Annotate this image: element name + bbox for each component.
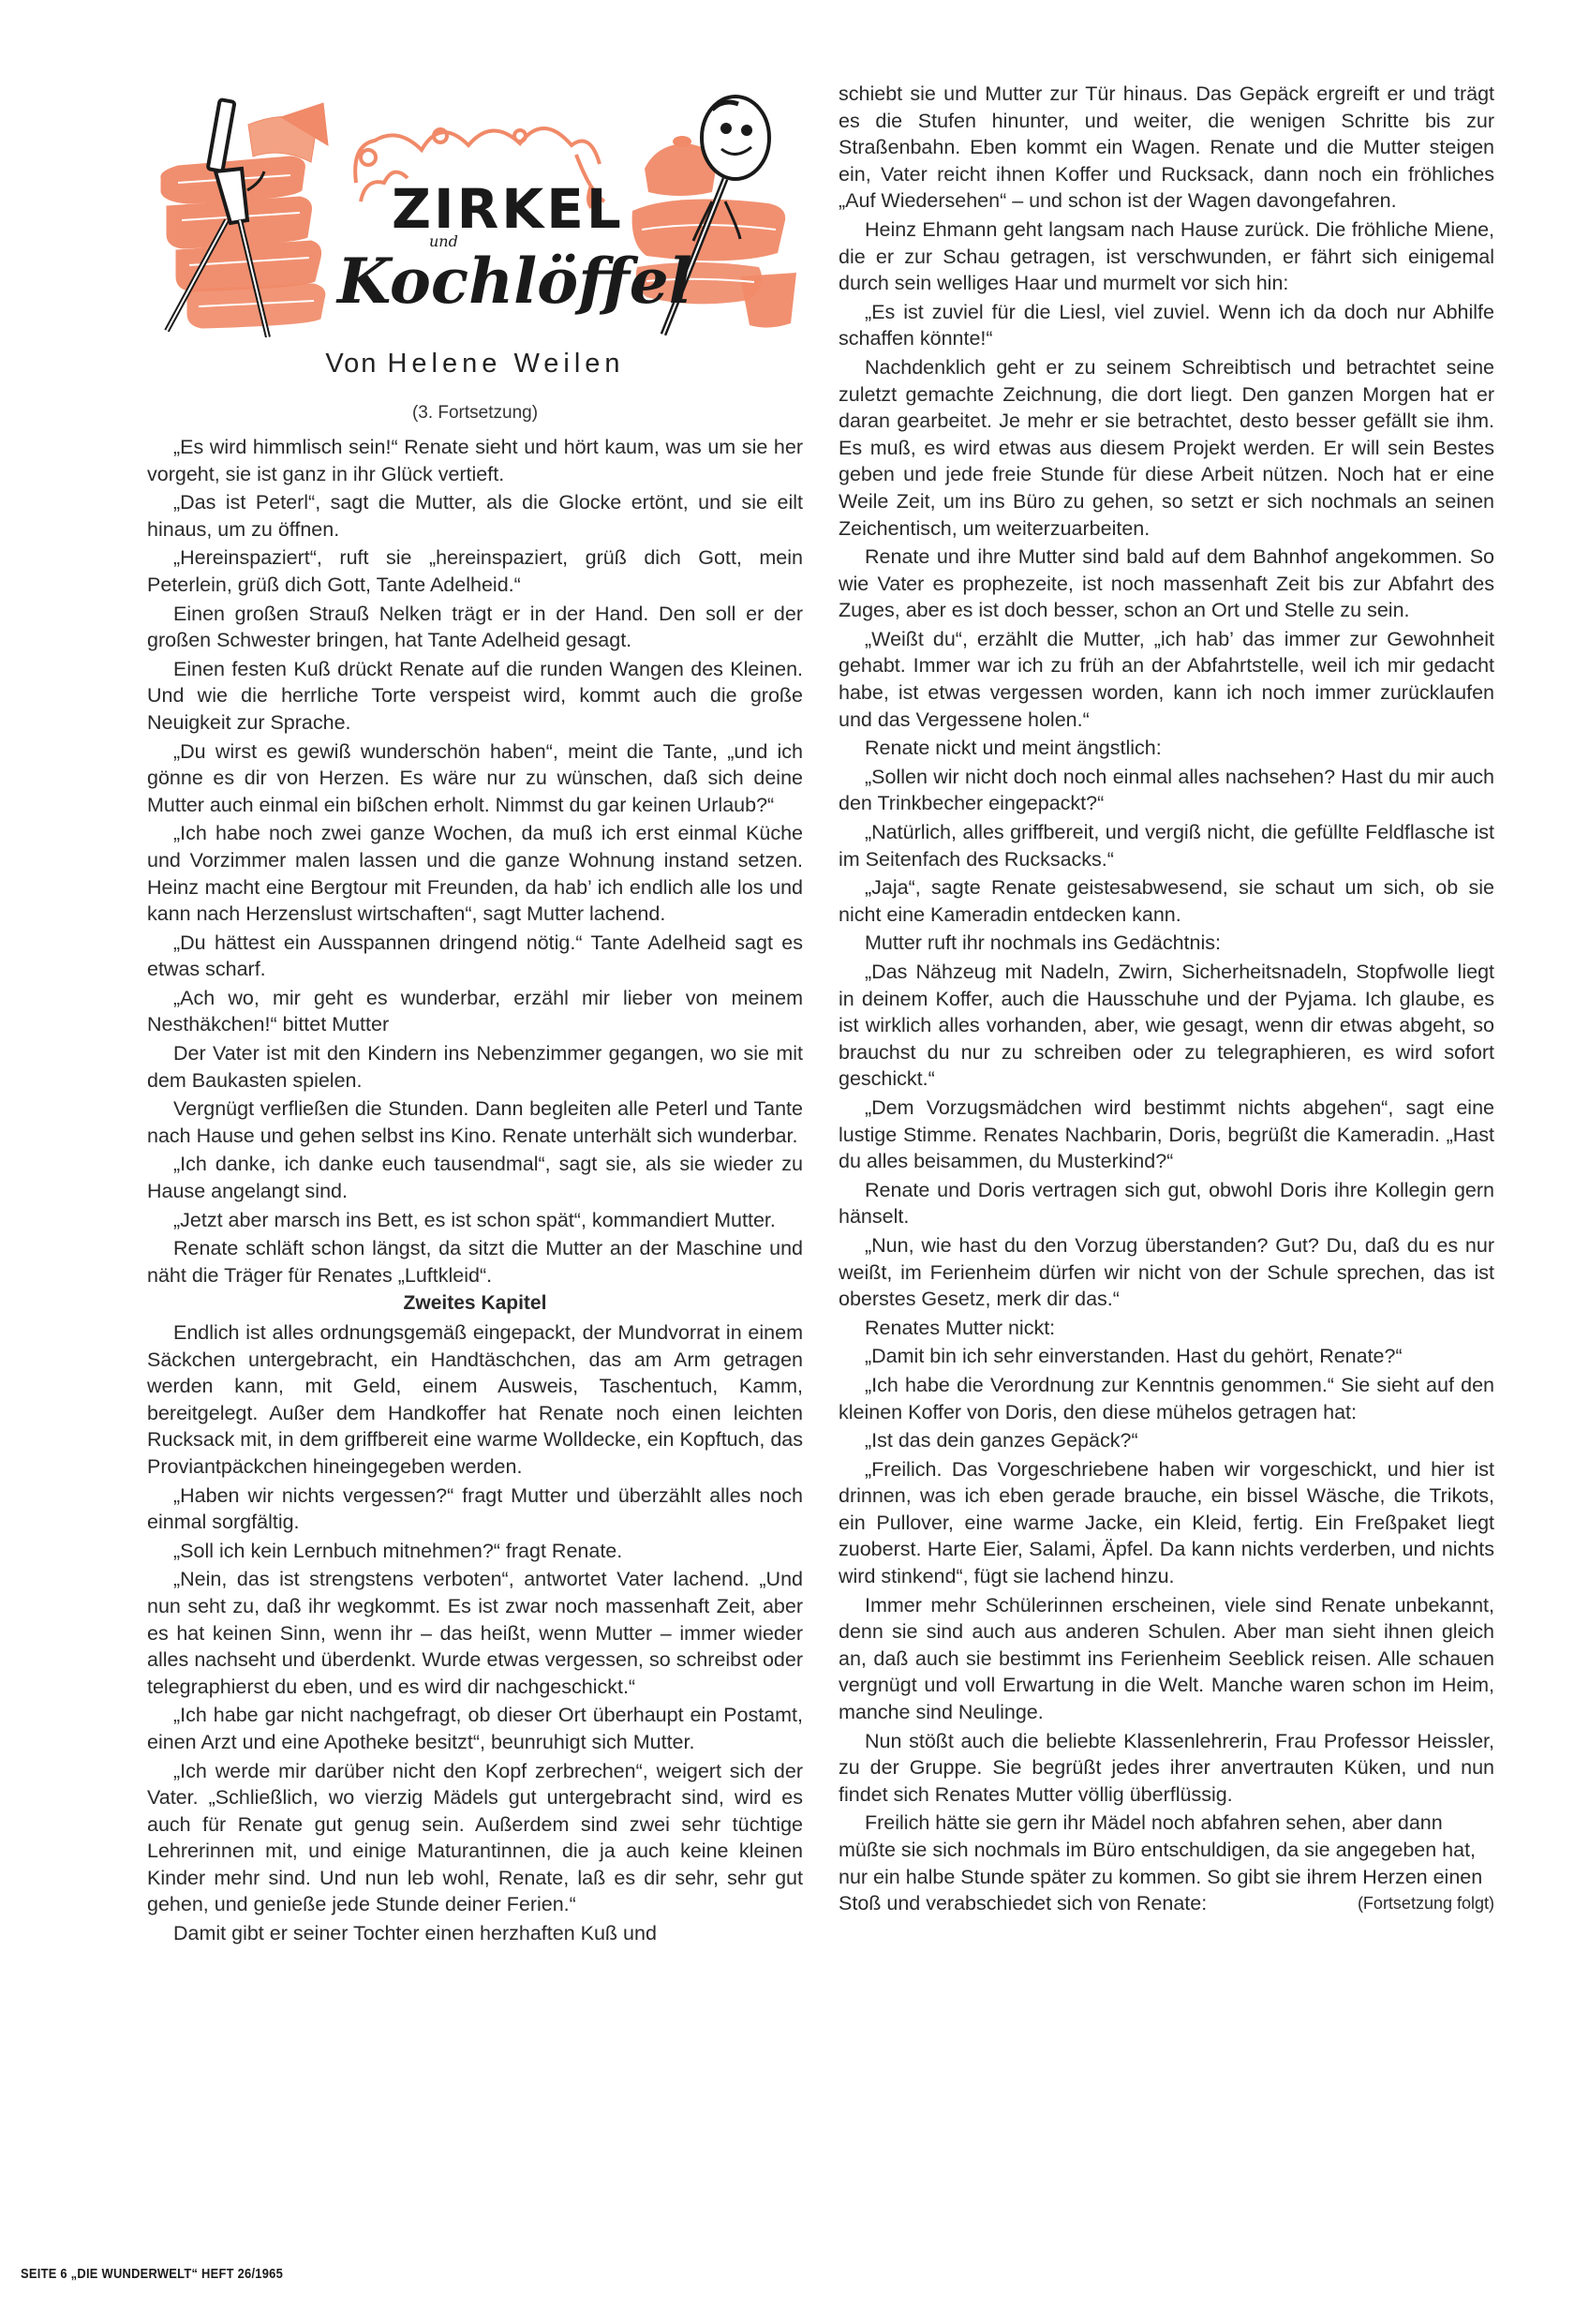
paragraph: „Soll ich kein Lernbuch mitnehmen?“ frag…	[147, 1538, 803, 1565]
instalment-label: (3. Fortsetzung)	[147, 403, 803, 424]
paragraph: „Ich habe noch zwei ganze Wochen, da muß…	[147, 820, 803, 927]
paragraph-continued: schiebt sie und Mutter zur Tür hinaus. D…	[839, 81, 1494, 215]
paragraph: „Haben wir nichts vergessen?“ fragt Mutt…	[147, 1482, 803, 1536]
paragraph: Damit gibt er seiner Tochter einen herzh…	[147, 1920, 803, 1947]
paragraph: Mutter ruft ihr nochmals ins Gedächtnis:	[839, 930, 1494, 957]
paragraph: Immer mehr Schülerinnen erscheinen, viel…	[839, 1592, 1494, 1726]
paragraph-last: Freilich hätte sie gern ihr Mädel noch a…	[839, 1810, 1494, 1916]
paragraph: „Nun, wie hast du den Vorzug überstanden…	[839, 1232, 1494, 1313]
paragraph: „Hereinspaziert“, ruft sie „hereinspazie…	[147, 544, 803, 598]
paragraph: „Du wirst es gewiß wunderschön haben“, m…	[147, 738, 803, 819]
paragraph: „Es wird himmlisch sein!“ Renate sieht u…	[147, 434, 803, 487]
byline-prefix: Von	[325, 349, 378, 379]
paragraph: „Jetzt aber marsch ins Bett, es ist scho…	[147, 1207, 803, 1234]
paragraph: Heinz Ehmann geht langsam nach Hause zur…	[839, 216, 1494, 297]
paragraph: Renate und Doris vertragen sich gut, obw…	[839, 1177, 1494, 1230]
paragraph: „Ist das dein ganzes Gepäck?“	[839, 1427, 1494, 1454]
continued-note: (Fortsetzung folgt)	[1331, 1890, 1494, 1917]
paragraph: „Du hättest ein Ausspannen dringend nöti…	[147, 930, 803, 983]
paragraph: „Damit bin ich sehr einverstanden. Hast …	[839, 1343, 1494, 1370]
chapter-heading: Zweites Kapitel	[147, 1290, 803, 1318]
paragraph: „Ich danke, ich danke euch tausendmal“, …	[147, 1151, 803, 1204]
paragraph: „Das ist Peterl“, sagt die Mutter, als d…	[147, 489, 803, 543]
paragraph: Renate schläft schon längst, da sitzt di…	[147, 1235, 803, 1289]
paragraph: „Es ist zuviel für die Liesl, viel zuvie…	[839, 299, 1494, 352]
logo-title-zirkel: ZIRKEL	[392, 177, 624, 241]
logo-title-kochloeffel: Kochlöffel	[335, 245, 692, 318]
paragraph: „Weißt du“, erzählt die Mutter, „ich hab…	[839, 626, 1494, 733]
left-text-column: „Es wird himmlisch sein!“ Renate sieht u…	[147, 434, 803, 1947]
paragraph: „Jaja“, sagte Renate geistesabwesend, si…	[839, 874, 1494, 928]
paragraph: „Dem Vorzugsmädchen wird bestimmt nichts…	[839, 1095, 1494, 1175]
paragraph: Einen großen Strauß Nelken trägt er in d…	[147, 601, 803, 654]
paragraph: Renate und ihre Mutter sind bald auf dem…	[839, 544, 1494, 624]
paragraph: Renates Mutter nickt:	[839, 1315, 1494, 1342]
paragraph: Der Vater ist mit den Kindern ins Nebenz…	[147, 1040, 803, 1094]
author-name: Helene Weilen	[387, 349, 624, 379]
paragraph: Einen festen Kuß drückt Renate auf die r…	[147, 656, 803, 737]
paragraph: „Ich habe gar nicht nachgefragt, ob dies…	[147, 1702, 803, 1755]
paragraph: „Das Nähzeug mit Nadeln, Zwirn, Sicherhe…	[839, 959, 1494, 1093]
paragraph: Nachdenklich geht er zu seinem Schreibti…	[839, 354, 1494, 542]
paragraph: „Nein, das ist strengstens verboten“, an…	[147, 1566, 803, 1700]
paragraph: Renate nickt und meint ängstlich:	[839, 735, 1494, 762]
zirkel-und-kochloeffel-logo: ZIRKEL und Kochlöffel	[150, 89, 817, 337]
paragraph: „Natürlich, alles griffbereit, und vergi…	[839, 819, 1494, 872]
author-byline: Von Helene Weilen	[147, 349, 803, 380]
page-footer: SEITE 6 „DIE WUNDERWELT“ HEFT 26/1965	[21, 2266, 283, 2282]
paragraph: „Freilich. Das Vorgeschriebene haben wir…	[839, 1456, 1494, 1590]
paragraph: „Sollen wir nicht doch noch einmal alles…	[839, 764, 1494, 817]
paragraph: Vergnügt verfließen die Stunden. Dann be…	[147, 1095, 803, 1149]
paragraph: Nun stößt auch die beliebte Klassenlehre…	[839, 1728, 1494, 1809]
paragraph: Endlich ist alles ordnungsgemäß eingepac…	[147, 1319, 803, 1481]
right-text-column: schiebt sie und Mutter zur Tür hinaus. D…	[839, 81, 1494, 1917]
paragraph: „Ich werde mir darüber nicht den Kopf ze…	[147, 1758, 803, 1919]
paragraph: „Ich habe die Verordnung zur Kenntnis ge…	[839, 1372, 1494, 1425]
paragraph: „Ach wo, mir geht es wunderbar, erzähl m…	[147, 985, 803, 1038]
